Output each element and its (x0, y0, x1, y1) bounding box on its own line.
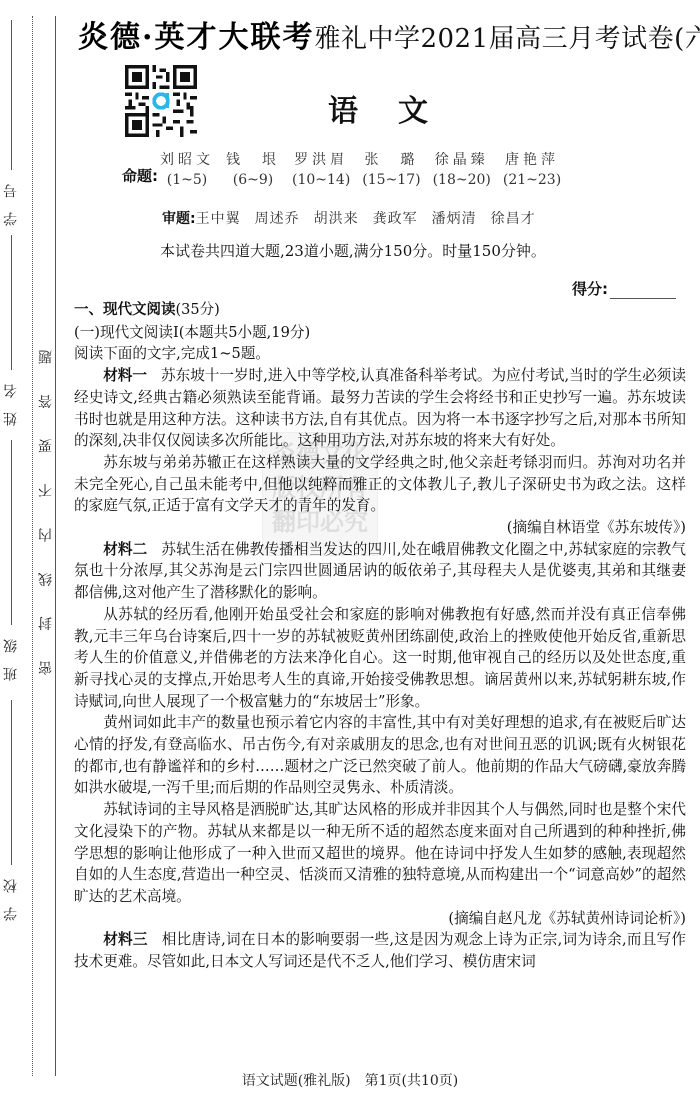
material-label: 材料三 (103, 931, 148, 948)
setter-item: 徐晶臻(18~20) (433, 150, 491, 190)
subsection-heading: (一)现代文阅读Ⅰ(本题共5小题,19分) (74, 322, 686, 344)
setter-item: 唐艳萍(21~23) (503, 150, 561, 190)
subject-title: 语文 (328, 86, 468, 130)
material-source: (摘编自赵凡龙《苏轼黄州诗词论析》) (74, 908, 686, 930)
reviewer-name: 胡洪来 (314, 211, 359, 227)
material-paragraph: 苏轼诗词的主导风格是洒脱旷达,其旷达风格的形成并非因其个人与偶然,同时也是整个宋… (74, 799, 686, 908)
seal-dashed-line (32, 16, 33, 1076)
material-source: (摘编自林语堂《苏东坡传》) (74, 517, 686, 539)
student-id-blank[interactable] (11, 20, 12, 170)
class-label: 班级 (1, 625, 21, 681)
exam-title: 炎德·英才大联考 雅礼中学2021届高三月考试卷(六) (78, 12, 678, 54)
reviewer-name: 徐昌才 (491, 211, 536, 227)
qr-code-icon[interactable] (125, 65, 197, 137)
material-label: 材料一 (103, 367, 147, 384)
reviewer-name: 潘炳清 (432, 211, 477, 227)
setter-item: 张 璐(15~17) (362, 150, 420, 190)
name-blank[interactable] (11, 235, 12, 370)
class-blank[interactable] (11, 440, 12, 625)
page-footer: 语文试题(雅礼版) 第1页(共10页) (0, 1070, 700, 1090)
reviewers-row: 审题:王中翼周述乔胡洪来龚政军潘炳清徐昌才 (162, 208, 550, 228)
seal-notice: 密 封 线 内 不 要 答 题 (36, 335, 54, 675)
reading-section: 一、现代文阅读(35分) (一)现代文阅读Ⅰ(本题共5小题,19分) 阅读下面的… (74, 300, 686, 973)
exam-brand: 炎德·英才大联考 (78, 12, 314, 56)
material-paragraph: 材料二苏轼生活在佛教传播相当发达的四川,处在峨眉佛教文化圈之中,苏轼家庭的宗教气… (74, 539, 686, 604)
setter-item: 罗洪眉(10~14) (292, 150, 350, 190)
instruction: 阅读下面的文字,完成1~5题。 (74, 343, 686, 365)
name-field[interactable]: 姓名 (0, 235, 22, 426)
material-paragraph: 黄州词如此丰产的数量也预示着它内容的丰富性,其中有对美好理想的追求,有在被贬后旷… (74, 712, 686, 799)
material-paragraph: 材料一苏东坡十一岁时,进入中等学校,认真准备科举考试。为应付考试,当时的学生必须… (74, 365, 686, 452)
section-heading: 一、现代文阅读(35分) (74, 300, 686, 322)
material-paragraph: 苏东坡与弟弟苏辙正在这样熟读大量的文学经典之时,他父亲赶考铩羽而归。苏洵对功名并… (74, 452, 686, 517)
setter-item: 刘昭文(1~5) (160, 150, 214, 190)
school-field[interactable]: 学校 (0, 700, 22, 921)
exam-info: 本试卷共四道大题,23道小题,满分150分。时量150分钟。 (160, 240, 546, 261)
reviewer-name: 王中翼 (196, 211, 241, 227)
exam-name: 雅礼中学2021届高三月考试卷(六) (314, 18, 700, 55)
score-field[interactable]: 得分: (572, 278, 676, 299)
setters-label: 命题: (122, 165, 158, 186)
setter-item: 钱 垠(6~9) (226, 150, 280, 190)
reviewers-label: 审题: (162, 211, 196, 227)
score-label: 得分: (572, 278, 608, 299)
reviewer-name: 龚政军 (373, 211, 418, 227)
class-field[interactable]: 班级 (0, 440, 22, 681)
student-id-field[interactable]: 学号 (0, 20, 22, 226)
score-blank[interactable] (610, 283, 676, 299)
material-label: 材料二 (103, 541, 147, 558)
material-paragraph: 从苏轼的经历看,他刚开始虽受社会和家庭的影响对佛教抱有好感,然而并没有真正信奉佛… (74, 604, 686, 713)
school-label: 学校 (1, 865, 21, 921)
reviewer-name: 周述乔 (255, 211, 300, 227)
school-blank[interactable] (11, 700, 12, 865)
material-paragraph: 材料三相比唐诗,词在日本的影响要弱一些,这是因为观念上诗为正宗,词为诗余,而且写… (74, 929, 686, 972)
setters-row: 命题: 刘昭文(1~5) 钱 垠(6~9) 罗洪眉(10~14) 张 璐(15~… (122, 150, 573, 190)
name-label: 姓名 (1, 370, 21, 426)
student-id-label: 学号 (1, 170, 21, 226)
